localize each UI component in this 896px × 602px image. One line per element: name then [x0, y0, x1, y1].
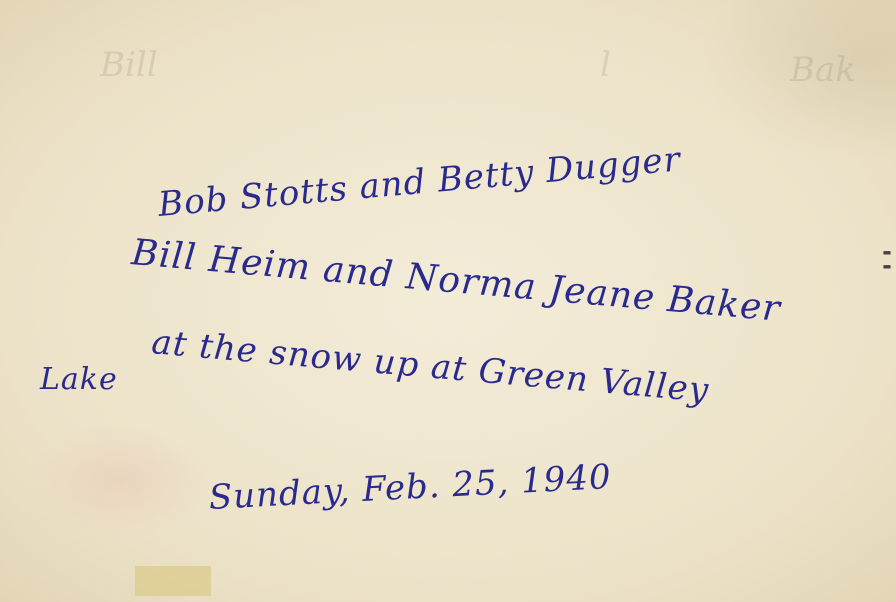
edge-stamp-mark: ▬▬: [882, 245, 894, 325]
bleed-through-text: l: [600, 45, 611, 85]
photo-back-paper: Bill l Bak Bob Stotts and Betty Dugger B…: [0, 0, 896, 602]
inscription-date: Sunday, Feb. 25, 1940: [208, 457, 613, 518]
tape-residue: [135, 566, 211, 596]
inscription-line-1: Bob Stotts and Betty Dugger: [157, 139, 683, 225]
bleed-through-text: Bill: [100, 45, 158, 85]
inscription-line-3: at the snow up at Green Valley: [150, 322, 711, 411]
bleed-through-text: Bak: [790, 50, 856, 90]
inscription-line-2: Bill Heim and Norma Jeane Baker: [130, 232, 782, 330]
inscription-line-lake: Lake: [40, 362, 118, 397]
